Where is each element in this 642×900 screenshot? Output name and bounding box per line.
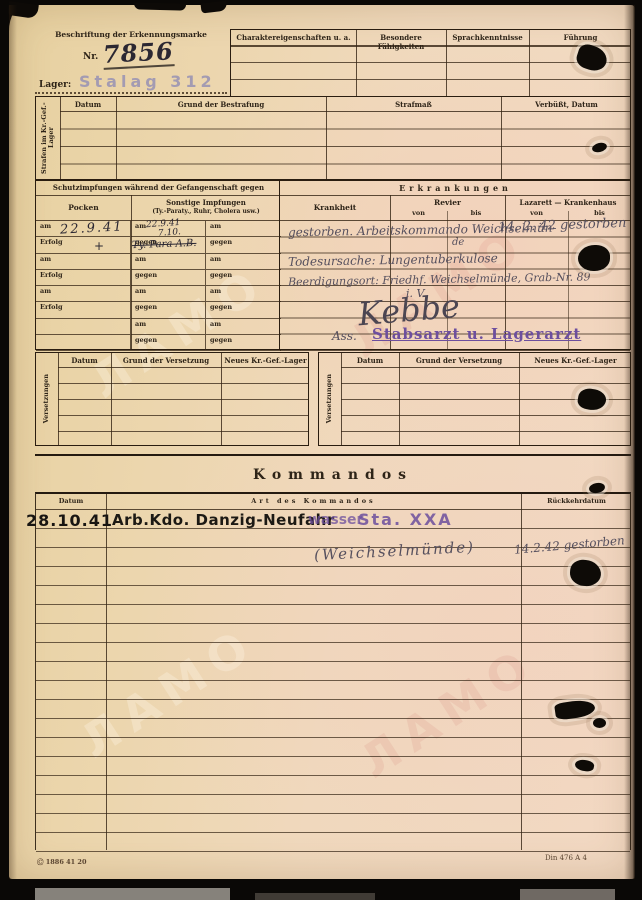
cell-empty	[36, 335, 131, 350]
din-format-label: Din 476 A 4	[545, 854, 587, 862]
versetzungen-side-label: Versetzungen	[326, 374, 333, 423]
col-lazarett: Lazarett — Krankenhaus	[505, 198, 631, 207]
col-revier: Revier	[390, 198, 505, 207]
id-box: Beschriftung der Erkennungsmarke Nr. 785…	[35, 28, 227, 94]
empty-rows	[231, 46, 630, 96]
stabsarzt-stamp: Stabsarzt u. Lagerarzt	[372, 325, 581, 343]
cell-label: gegen	[131, 302, 206, 317]
label-von: von	[505, 209, 568, 217]
strafen-col-verbuesst: Verbüßt, Datum	[501, 100, 632, 109]
versetzungen-col-lager: Neues Kr.-Gef.-Lager	[221, 356, 310, 365]
underlying-page-edge	[35, 888, 230, 900]
empty-rows	[60, 112, 630, 180]
erkennungsmarke-number: 7856	[102, 38, 174, 70]
erkrankungen-title: Erkrankungen	[280, 183, 631, 193]
hole-punch	[593, 718, 606, 728]
impfungen-col-sonstige-sub: (Ty.-Paraty., Ruhr, Cholera usw.)	[131, 208, 281, 215]
scanned-card: ЛАМО ЛАМО ЛАМО ЛАМО Beschriftung der Erk…	[0, 0, 642, 900]
kommandos-col-datum: Datum	[36, 497, 106, 505]
sonstige-date2-handwriting: 7.10.	[158, 227, 182, 239]
strafen-side-label: Strafen im Kr.-Gef.-Lager	[41, 97, 55, 179]
kommando-date-stamp: 28.10.41	[26, 511, 113, 530]
impfungen-col-pocken: Pocken	[36, 203, 131, 212]
section-divider	[35, 454, 631, 456]
col-fuehrung: Führung	[529, 33, 632, 42]
cell-label: am	[206, 319, 281, 334]
kommandos-title: Kommandos	[35, 467, 631, 483]
versetzungen-table-left: Versetzungen Datum Grund der Versetzung …	[35, 352, 309, 446]
paper-tear	[134, 2, 186, 10]
versetzungen-col-lager: Neues Kr.-Gef.-Lager	[519, 356, 632, 365]
card-page: ЛАМО ЛАМО ЛАМО ЛАМО Beschriftung der Erk…	[9, 5, 635, 879]
cell-label: am	[206, 221, 281, 236]
strafen-col-grund: Grund der Bestrafung	[116, 100, 326, 109]
kommando-art-overlap-stamp: wasser	[308, 512, 363, 528]
underlying-page-edge	[520, 889, 615, 900]
impfungen-title: Schutzimpfungen während der Gefangenscha…	[36, 183, 281, 192]
lager-label: Lager:	[39, 80, 71, 90]
label-bis: bis	[447, 209, 505, 217]
strafen-col-strafmass: Strafmaß	[326, 100, 501, 109]
cell-label: gegen	[206, 335, 281, 350]
kommandos-table: Datum Art des Kommandos Rückkehrdatum 28…	[35, 492, 631, 850]
label-von: von	[390, 209, 447, 217]
cell-label: gegen	[206, 302, 281, 317]
cell-label: gegen	[206, 270, 281, 285]
cell-empty	[36, 319, 131, 334]
stalag-stamp: Stalag 312	[79, 72, 216, 91]
versetzungen-col-datum: Datum	[341, 356, 399, 365]
characteristics-table: Charaktereigenschaften u. a. Besondere F…	[230, 29, 631, 97]
paper-tear	[7, 1, 39, 19]
erkrankungen-table: Erkrankungen Krankheit Revier von bis La…	[280, 180, 631, 350]
cell-label: gegen	[131, 270, 206, 285]
versetzungen-col-grund: Grund der Versetzung	[399, 356, 519, 365]
nr-label: Nr.	[83, 52, 98, 62]
kommandos-col-art: Art des Kommandos	[106, 497, 521, 505]
cell-label: am	[206, 254, 281, 269]
hole-punch	[578, 245, 610, 271]
lager-line: Lager: Stalag 312	[35, 72, 227, 94]
versetzungen-col-datum: Datum	[58, 356, 111, 365]
impfungen-col-sonstige: Sonstige Impfungen	[131, 198, 281, 207]
sonstige-gegen-handwriting: Ty. Para A.B.	[132, 238, 197, 251]
kommando-art-stamp: Arb.Kdo. Danzig-Neufahr	[112, 511, 335, 529]
versetzungen-col-grund: Grund der Versetzung	[111, 356, 221, 365]
pocken-erfolg-handwriting: +	[94, 239, 104, 253]
ass-note: Ass.	[332, 329, 357, 343]
col-sprachen: Sprachkenntnisse	[446, 33, 529, 42]
cell-label: am	[131, 286, 206, 301]
underlying-page-edge	[255, 893, 375, 900]
col-krankheit: Krankheit	[280, 203, 390, 212]
cell-label: am	[36, 286, 131, 301]
col-charakter: Charaktereigenschaften u. a.	[231, 33, 356, 42]
strafen-col-datum: Datum	[60, 100, 116, 109]
kommandos-col-rueckkehr: Rückkehrdatum	[521, 497, 632, 505]
cell-label: Erfolg	[36, 237, 131, 252]
cell-label: am	[36, 254, 131, 269]
cell-label: Erfolg	[36, 302, 131, 317]
impfungen-table: Schutzimpfungen während der Gefangenscha…	[35, 180, 280, 350]
paper-tear	[200, 0, 227, 13]
cell-label: gegen	[206, 237, 281, 252]
cell-label: am	[131, 319, 206, 334]
cell-label: am	[206, 286, 281, 301]
versetzungen-side-label: Versetzungen	[43, 374, 50, 423]
cell-label: Erfolg	[36, 270, 131, 285]
cell-label: gegen	[131, 335, 206, 350]
print-code: Ⓒ 1886 41 20	[37, 857, 86, 866]
death-note-line1b: de	[452, 237, 464, 248]
stalag-xxa-stamp: Sta. XXA	[358, 510, 453, 529]
empty-rows	[58, 368, 308, 446]
cell-label: am	[131, 254, 206, 269]
strafen-table: Strafen im Kr.-Gef.-Lager Datum Grund de…	[35, 96, 631, 180]
